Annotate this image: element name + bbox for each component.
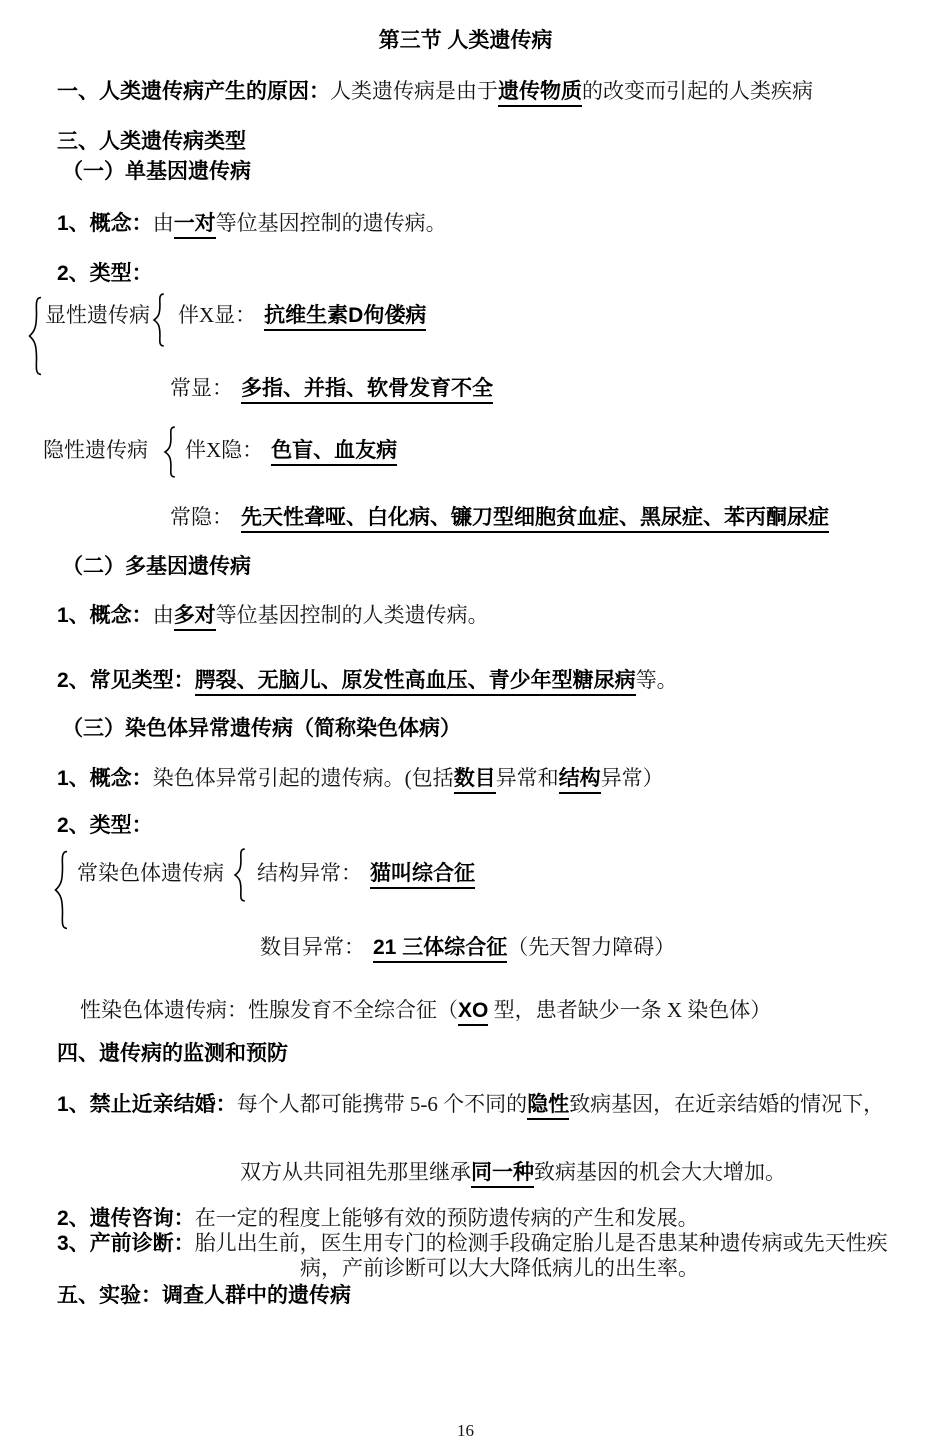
dominant-label: 显性遗传病 [45,303,150,327]
chromosomal-heading: （三）染色体异常遗传病（简称染色体病） [62,715,461,742]
monogenic-concept-line: 1、概念：由一对等位基因控制的遗传病。 [57,210,447,237]
prevention-item3-line: 3、产前诊断：胎儿出生前，医生用专门的检测手段确定胎儿是否患某种遗传病或先天性疾 [57,1230,888,1257]
prevention-item3-text: 胎儿出生前，医生用专门的检测手段确定胎儿是否患某种遗传病或先天性疾 [195,1231,888,1255]
prevention-item3-cont-text: 病，产前诊断可以大大降低病儿的出生率。 [300,1256,699,1280]
page-number: 16 [0,1420,931,1442]
prevention-item1-cont-pre: 双方从共同祖先那里继承 [240,1160,471,1184]
doc-title-text: 第三节 人类遗传病 [379,29,553,52]
types-heading-text: 三、人类遗传病类型 [57,130,246,153]
chromosomal-concept-line: 1、概念：染色体异常引起的遗传病。(包括数目异常和结构异常） [57,765,664,792]
autosomal-recessive-row: 常隐：先天性聋哑、白化病、镰刀型细胞贫血症、黑尿症、苯丙酮尿症 [170,504,829,531]
autosomal-dominant-row: 常显：多指、并指、软骨发育不全 [170,375,493,402]
monogenic-heading: （一）单基因遗传病 [62,158,251,185]
x-recessive-diseases: 色盲、血友病 [271,439,397,466]
prevention-item2-label: 2、遗传咨询： [57,1207,195,1230]
numerical-abnormality-note: （先天智力障碍） [507,935,675,959]
prevention-item3-label: 3、产前诊断： [57,1232,195,1255]
x-dominant-label: 伴X显： [178,303,256,327]
cause-label: 一、人类遗传病产生的原因： [57,80,330,103]
prevention-item1-keyword: 隐性 [527,1093,569,1120]
chromosomal-concept-keyword2: 结构 [559,767,601,794]
doc-title: 第三节 人类遗传病 [0,27,931,54]
prevention-item1-line: 1、禁止近亲结婚：每个人都可能携带 5-6 个不同的隐性致病基因，在近亲结婚的情… [57,1091,884,1118]
prevention-item1-pre: 每个人都可能携带 5-6 个不同的 [237,1092,528,1116]
polygenic-concept-label: 1、概念： [57,604,153,627]
chromosomal-type-label: 2、类型： [57,814,153,837]
chromosomal-heading-text: （三）染色体异常遗传病（简称染色体病） [62,717,461,740]
autosomal-dominant-label: 常显： [170,376,233,400]
document-page: 第三节 人类遗传病 一、人类遗传病产生的原因：人类遗传病是由于遗传物质的改变而引… [0,0,931,1453]
left-brace-autosomal-group-icon [52,850,72,930]
autosomal-chromosomal-label: 常染色体遗传病 [77,861,224,885]
polygenic-types-post: 等。 [636,668,678,692]
section-cause-line: 一、人类遗传病产生的原因：人类遗传病是由于遗传物质的改变而引起的人类疾病 [57,78,813,105]
autosomal-recessive-diseases: 先天性聋哑、白化病、镰刀型细胞贫血症、黑尿症、苯丙酮尿症 [241,506,829,533]
monogenic-type-label: 2、类型： [57,262,153,285]
chromosomal-concept-keyword1: 数目 [454,767,496,794]
recessive-row: 隐性遗传病伴X隐：色盲、血友病 [43,437,397,464]
structural-abnormality-disease: 猫叫综合征 [370,862,475,889]
chromosomal-concept-label: 1、概念： [57,767,153,790]
x-dominant-diseases: 抗维生素D佝偻病 [264,304,426,331]
chromosomal-concept-mid: 异常和 [496,766,559,790]
prevention-item1-cont-keyword: 同一种 [471,1161,534,1188]
prevention-item1-cont-post: 致病基因的机会大大增加。 [534,1160,786,1184]
sex-chromosome-row: 性染色体遗传病：性腺发育不全综合征（XO 型，患者缺少一条 X 染色体） [80,997,771,1024]
chromosomal-type-label-line: 2、类型： [57,812,153,839]
sex-chromosome-post: 型，患者缺少一条 X 染色体） [488,998,771,1022]
chromosomal-concept-post: 异常） [601,766,664,790]
left-brace-dominant-group-icon [26,296,46,376]
polygenic-concept-pre: 由 [153,603,174,627]
monogenic-concept-keyword: 一对 [174,212,216,239]
numerical-abnormality-disease: 21 三体综合征 [373,936,507,963]
sex-chromosome-keyword: XO [458,999,488,1026]
section-types-heading: 三、人类遗传病类型 [57,128,246,155]
chromosomal-concept-pre: 染色体异常引起的遗传病。(包括 [153,766,454,790]
polygenic-types-diseases: 腭裂、无脑儿、原发性高血压、青少年型糖尿病 [195,669,636,696]
prevention-item2-line: 2、遗传咨询：在一定的程度上能够有效的预防遗传病的产生和发展。 [57,1205,699,1232]
experiment-heading-text: 五、实验：调查人群中的遗传病 [57,1284,351,1307]
polygenic-heading: （二）多基因遗传病 [62,553,251,580]
prevention-item2-text: 在一定的程度上能够有效的预防遗传病的产生和发展。 [195,1206,699,1230]
recessive-label: 隐性遗传病 [43,438,148,462]
prevention-item3-continuation: 病，产前诊断可以大大降低病儿的出生率。 [300,1255,699,1282]
autosomal-chromosomal-row: 常染色体遗传病结构异常：猫叫综合征 [77,860,475,887]
monogenic-type-label-line: 2、类型： [57,260,153,287]
experiment-heading: 五、实验：调查人群中的遗传病 [57,1282,351,1309]
autosomal-dominant-diseases: 多指、并指、软骨发育不全 [241,377,493,404]
numerical-abnormality-row: 数目异常：21 三体综合征（先天智力障碍） [260,934,675,961]
monogenic-concept-pre: 由 [153,211,174,235]
autosomal-recessive-label: 常隐： [170,505,233,529]
polygenic-types-line: 2、常见类型：腭裂、无脑儿、原发性高血压、青少年型糖尿病等。 [57,667,678,694]
cause-pre: 人类遗传病是由于 [330,79,498,103]
prevention-item1-post: 致病基因，在近亲结婚的情况下， [569,1092,884,1116]
prevention-item1-continuation: 双方从共同祖先那里继承同一种致病基因的机会大大增加。 [240,1159,786,1186]
cause-keyword: 遗传物质 [498,80,582,107]
sex-chromosome-pre: 性染色体遗传病：性腺发育不全综合征（ [80,998,458,1022]
x-recessive-label: 伴X隐： [185,438,263,462]
polygenic-heading-text: （二）多基因遗传病 [62,555,251,578]
prevention-heading: 四、遗传病的监测和预防 [57,1040,288,1067]
polygenic-concept-line: 1、概念：由多对等位基因控制的人类遗传病。 [57,602,489,629]
prevention-item1-label: 1、禁止近亲结婚： [57,1093,237,1116]
numerical-abnormality-label: 数目异常： [260,935,365,959]
monogenic-concept-post: 等位基因控制的遗传病。 [216,211,447,235]
prevention-heading-text: 四、遗传病的监测和预防 [57,1042,288,1065]
polygenic-types-label: 2、常见类型： [57,669,195,692]
monogenic-concept-label: 1、概念： [57,212,153,235]
page-number-text: 16 [457,1421,474,1440]
structural-abnormality-label: 结构异常： [257,861,362,885]
monogenic-heading-text: （一）单基因遗传病 [62,160,251,183]
cause-post: 的改变而引起的人类疾病 [582,79,813,103]
polygenic-concept-keyword: 多对 [174,604,216,631]
dominant-row: 显性遗传病伴X显：抗维生素D佝偻病 [45,302,426,329]
polygenic-concept-post: 等位基因控制的人类遗传病。 [216,603,489,627]
